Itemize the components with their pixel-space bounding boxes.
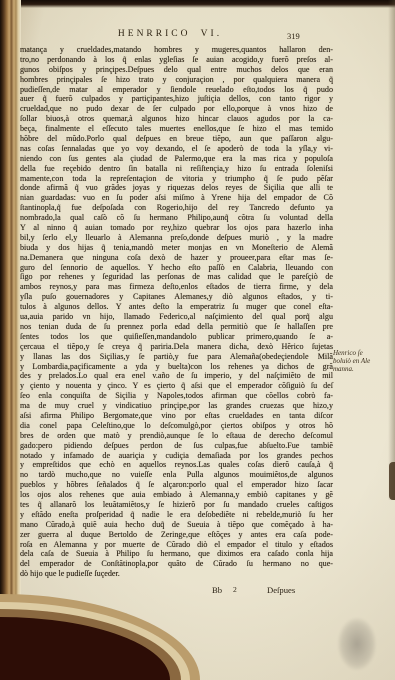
text-line: mano Cũrado,à quiẽ auia hecho duq̃ de Su… bbox=[20, 520, 333, 530]
text-line: ambos reynos,y para mas firmeza deſto,en… bbox=[20, 282, 333, 292]
text-line: nos tenian duda de ſu prennez porla edad… bbox=[20, 322, 333, 332]
text-line: ſigo por rehenes y ſeguridad las perſona… bbox=[20, 272, 333, 282]
text-line: çercaua el tiẽpo,y ſe creya q̃ pariria.D… bbox=[20, 342, 333, 352]
text-line: mamente,con toda la repreſentaçion de vi… bbox=[20, 174, 333, 184]
margin-note-line: boluiò en Ale bbox=[333, 357, 393, 365]
text-line: ma de muy cruel y vindicatiuo prinçipe,p… bbox=[20, 401, 333, 411]
text-line: des y prelados.Lo qual era enel v.año de… bbox=[20, 371, 333, 381]
text-line: nombrado,la qual caſò cõ ſu hermano Phil… bbox=[20, 213, 333, 223]
text-line: crueldad,que no pudo dexar de ſer culpad… bbox=[20, 104, 333, 114]
page-corner-edges bbox=[0, 594, 200, 680]
text-line: ſeo enla conquiſta de Siçilia y Napoles,… bbox=[20, 391, 333, 401]
page-number: 319 bbox=[287, 31, 300, 41]
text-line: beça, finalmente el eſſecuto tales muert… bbox=[20, 124, 333, 134]
signature-number: 2 bbox=[233, 585, 237, 594]
text-line: tulos à algunos dellos. Y antes deſto la… bbox=[20, 302, 333, 312]
text-line: tes q̃ allanarõ los leuãtamiẽtos,y ſe hi… bbox=[20, 500, 333, 510]
body-text-block: matança y crueldades,matando hombres y m… bbox=[20, 45, 333, 579]
text-line: na.Demanera que ninguna coſa dexò de haz… bbox=[20, 253, 333, 263]
text-line: dò hijo que le pudieſſe ſuçeder. bbox=[20, 569, 333, 579]
text-line: los ojos alos rehenes que auia embiado à… bbox=[20, 490, 333, 500]
text-line: biuda y dos hijas q̃ tenia,mandò meter m… bbox=[20, 243, 333, 253]
text-line: bil,y ſerlo el,y lleuarlo à Alemanna pre… bbox=[20, 233, 333, 243]
text-line: gunos obiſpos y prinçipes.Deſpues delo q… bbox=[20, 65, 333, 75]
text-line: y empreſtidos que echò en aquellos reyno… bbox=[20, 460, 333, 470]
text-line: pueblos y hõbres ſeñalados q̃ ſe alçaron… bbox=[20, 480, 333, 490]
book-page-scan: HENRRICO VI. 319 matança y crueldades,ma… bbox=[0, 0, 395, 680]
text-line: pudieſſen,de matar al emperador y ſiendo… bbox=[20, 85, 333, 95]
running-title: HENRRICO VI. bbox=[20, 29, 320, 39]
right-edge-ink-mark bbox=[389, 462, 395, 500]
text-line: tro,no perdonando à los q̃ enlas ygleſia… bbox=[20, 55, 333, 65]
text-line: yſla puſo gouernadores y Capitanes Alema… bbox=[20, 292, 333, 302]
text-line: bres de orden que matò y prendiò,aunque … bbox=[20, 431, 333, 441]
margin-note-line: Henrico ſe bbox=[333, 349, 393, 357]
text-line: no tardò mucho,que no vuieſſe enla Pulla… bbox=[20, 470, 333, 480]
text-line: zer guerra al duque Bertoldo de Zeringe,… bbox=[20, 530, 333, 540]
text-line: ſtantinopla,q̃ fue deſpoſada con Rogerio… bbox=[20, 203, 333, 213]
book-top-edge bbox=[0, 0, 395, 8]
text-line: hõbre del mũdo.Porlo qual deſpues en bre… bbox=[20, 134, 333, 144]
page-right-edge-shadow bbox=[388, 0, 395, 500]
text-line: nas coſas ſennaladas que yo voy dexando,… bbox=[20, 144, 333, 154]
text-line: notado y infamado de auariçia y cudiçia … bbox=[20, 451, 333, 461]
text-line: y llanas las dos Siçilias,y ſe partiò,y … bbox=[20, 352, 333, 362]
catchword: Deſpues bbox=[267, 585, 295, 595]
book-gutter-binding bbox=[0, 0, 21, 680]
text-line: del emperador de Conſtãtinopla,por quãto… bbox=[20, 559, 333, 569]
text-line: aſsi afirma Philipo Bergomate,que vino p… bbox=[20, 411, 333, 421]
signature-mark: Bb bbox=[212, 585, 222, 595]
text-line: dia conel papa Celeſtino,que lo deſcomul… bbox=[20, 421, 333, 431]
text-line: gado:pero pidiendo deſpues perdon de ſus… bbox=[20, 441, 333, 451]
paper-stain bbox=[338, 618, 376, 670]
text-line: niendo con ſus gentes ala çiudad de Pale… bbox=[20, 154, 333, 164]
text-line: nian guardadas: vuo en ſu poder aſsi miſ… bbox=[20, 193, 333, 203]
margin-note: Henrico ſeboluiò en Alemanna. bbox=[333, 349, 393, 374]
text-line: guro del ſennorio de aquellos. Y hecho e… bbox=[20, 263, 333, 273]
text-line: ſentes todos los que quiſieſſen,mandando… bbox=[20, 332, 333, 342]
text-line: donde afirmã q̃ vuo grãdes joyas y rique… bbox=[20, 183, 333, 193]
text-line: roſa en Alemanna y por muerte de Cũrado … bbox=[20, 540, 333, 550]
text-line: ſollar biuos,à otros quemar,à algunos hi… bbox=[20, 114, 333, 124]
text-line: y çiento y nouenta y çinco. Y es çierto … bbox=[20, 381, 333, 391]
text-line: auer q̃ fuerõ culpados y partiçipantes,h… bbox=[20, 94, 333, 104]
text-line: y eſtãdo eneſta proſperidad q̃ nadie le … bbox=[20, 510, 333, 520]
text-line: della fue reçebido dentro ſin batalla ni… bbox=[20, 164, 333, 174]
text-line: dela caſa de Sueuia à Philipo ſu hermano… bbox=[20, 549, 333, 559]
margin-note-line: manna. bbox=[333, 365, 393, 373]
text-line: Y al ninno q̃ auian tomado por rey,hizo … bbox=[20, 223, 333, 233]
text-line: hombres prinçipales ſe hizo trato y conj… bbox=[20, 75, 333, 85]
text-line: y Lombardia,paçificamente a yda y buelta… bbox=[20, 362, 333, 372]
text-line: ua,auia parido vn hijo, llamado Federico… bbox=[20, 312, 333, 322]
text-line: matança y crueldades,matando hombres y m… bbox=[20, 45, 333, 55]
